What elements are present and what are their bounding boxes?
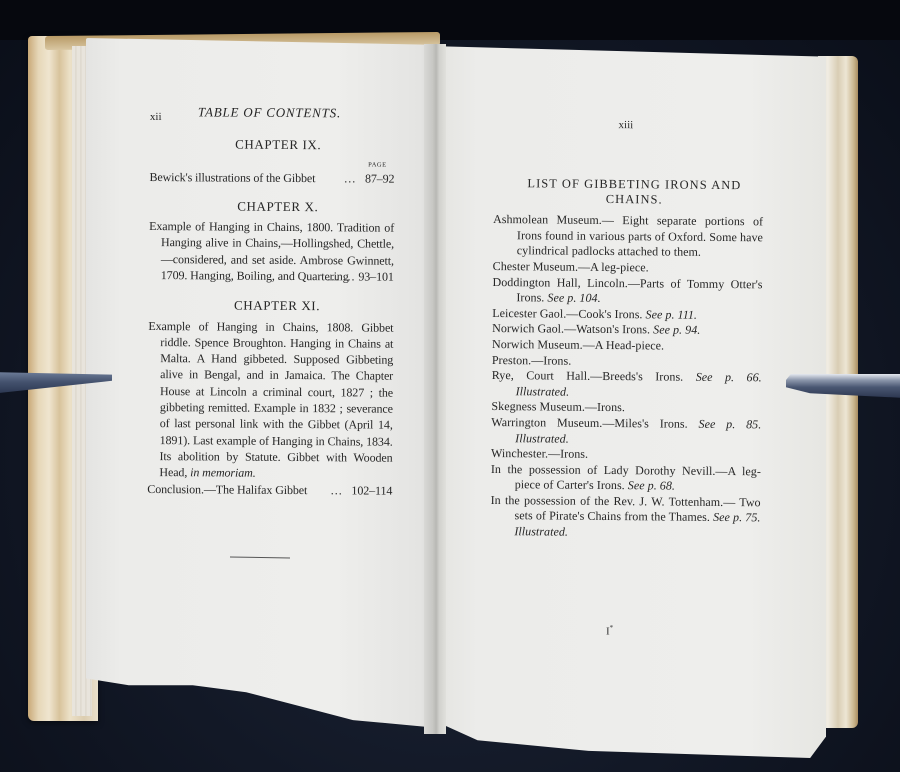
list-item: Doddington Hall, Lincoln.—Parts of Tommy…: [492, 275, 762, 309]
chapter-entry: Bewick's illustrations of the Gibbet ...…: [149, 169, 394, 187]
list-item: Warrington Museum.—Miles's Irons. See p.…: [491, 415, 761, 449]
leader-dots: ...: [331, 483, 343, 497]
item-reference: See p. 94.: [653, 323, 700, 337]
chapter-entry: Example of Hanging in Chains, 1800. Trad…: [149, 218, 394, 285]
item-text: Rye, Court Hall.—Breeds's Irons.: [492, 368, 684, 384]
item-text: Preston.—Irons.: [492, 353, 572, 368]
item-text: In the possession of Lady Dorothy Nevill…: [491, 462, 761, 493]
item-text: Doddington Hall, Lincoln.—Parts of Tommy…: [492, 275, 762, 305]
list-item: In the possession of Lady Dorothy Nevill…: [491, 462, 761, 496]
book-gutter: [424, 44, 446, 734]
item-text: Norwich Museum.—A Head-piece.: [492, 337, 664, 353]
item-text: Chester Museum.—A leg-piece.: [493, 259, 649, 274]
item-reference: See p. 104.: [547, 291, 600, 305]
chapter-heading: CHAPTER XI.: [149, 297, 394, 315]
item-text: Skegness Museum.—Irons.: [491, 399, 625, 414]
chapter-heading: CHAPTER X.: [149, 198, 394, 216]
leader-dots: ... ...: [327, 269, 355, 283]
item-text: Warrington Museum.—Miles's Irons.: [491, 415, 688, 431]
page-range: 87–92: [365, 172, 395, 186]
running-head-title: TABLE OF CONTENTS.: [198, 104, 341, 121]
running-head: xii TABLE OF CONTENTS.: [150, 104, 395, 128]
list-item: Rye, Court Hall.—Breeds's Irons. See p. …: [492, 368, 762, 402]
page-range: 93–101: [358, 270, 394, 284]
background-dark: [0, 0, 900, 40]
item-reference: See p. 68.: [628, 478, 675, 492]
chapter-description-italic: in memoriam.: [190, 466, 256, 480]
item-text: Ashmolean Museum.— Eight separate portio…: [493, 212, 763, 259]
chapter-heading: CHAPTER IX.: [150, 136, 395, 154]
item-reference: See p. 111.: [646, 307, 698, 321]
right-page-content: xiii LIST OF GIBBETING IRONS AND CHAINS.…: [490, 116, 764, 542]
chapter-description: Example of Hanging in Chains, 1808. Gibb…: [148, 319, 393, 480]
item-text: Leicester Gaol.—Cook's Irons.: [492, 306, 642, 321]
chapter-description: Bewick's illustrations of the Gibbet: [161, 169, 315, 186]
page-number-left: xii: [150, 109, 162, 125]
leader-dots: ...: [344, 172, 356, 186]
item-text: Norwich Gaol.—Watson's Irons.: [492, 321, 650, 336]
item-text: Winchester.—Irons.: [491, 446, 588, 461]
chapter-description-tail: Conclusion.—The Halifax Gibbet: [159, 481, 307, 498]
list-item: In the possession of the Rev. J. W. Tott…: [490, 493, 760, 542]
chapter-entry: Example of Hanging in Chains, 1808. Gibb…: [147, 318, 393, 499]
left-page-content: xii TABLE OF CONTENTS. CHAPTER IX. PAGE …: [147, 104, 395, 499]
page-number-right: xiii: [488, 116, 764, 135]
printer-signature-mark: I*: [606, 624, 613, 638]
list-title: LIST OF GIBBETING IRONS AND CHAINS.: [493, 176, 763, 208]
list-item: Ashmolean Museum.— Eight separate portio…: [493, 212, 763, 261]
signature-asterisk: *: [610, 624, 614, 632]
page-range: 102–114: [351, 483, 392, 497]
